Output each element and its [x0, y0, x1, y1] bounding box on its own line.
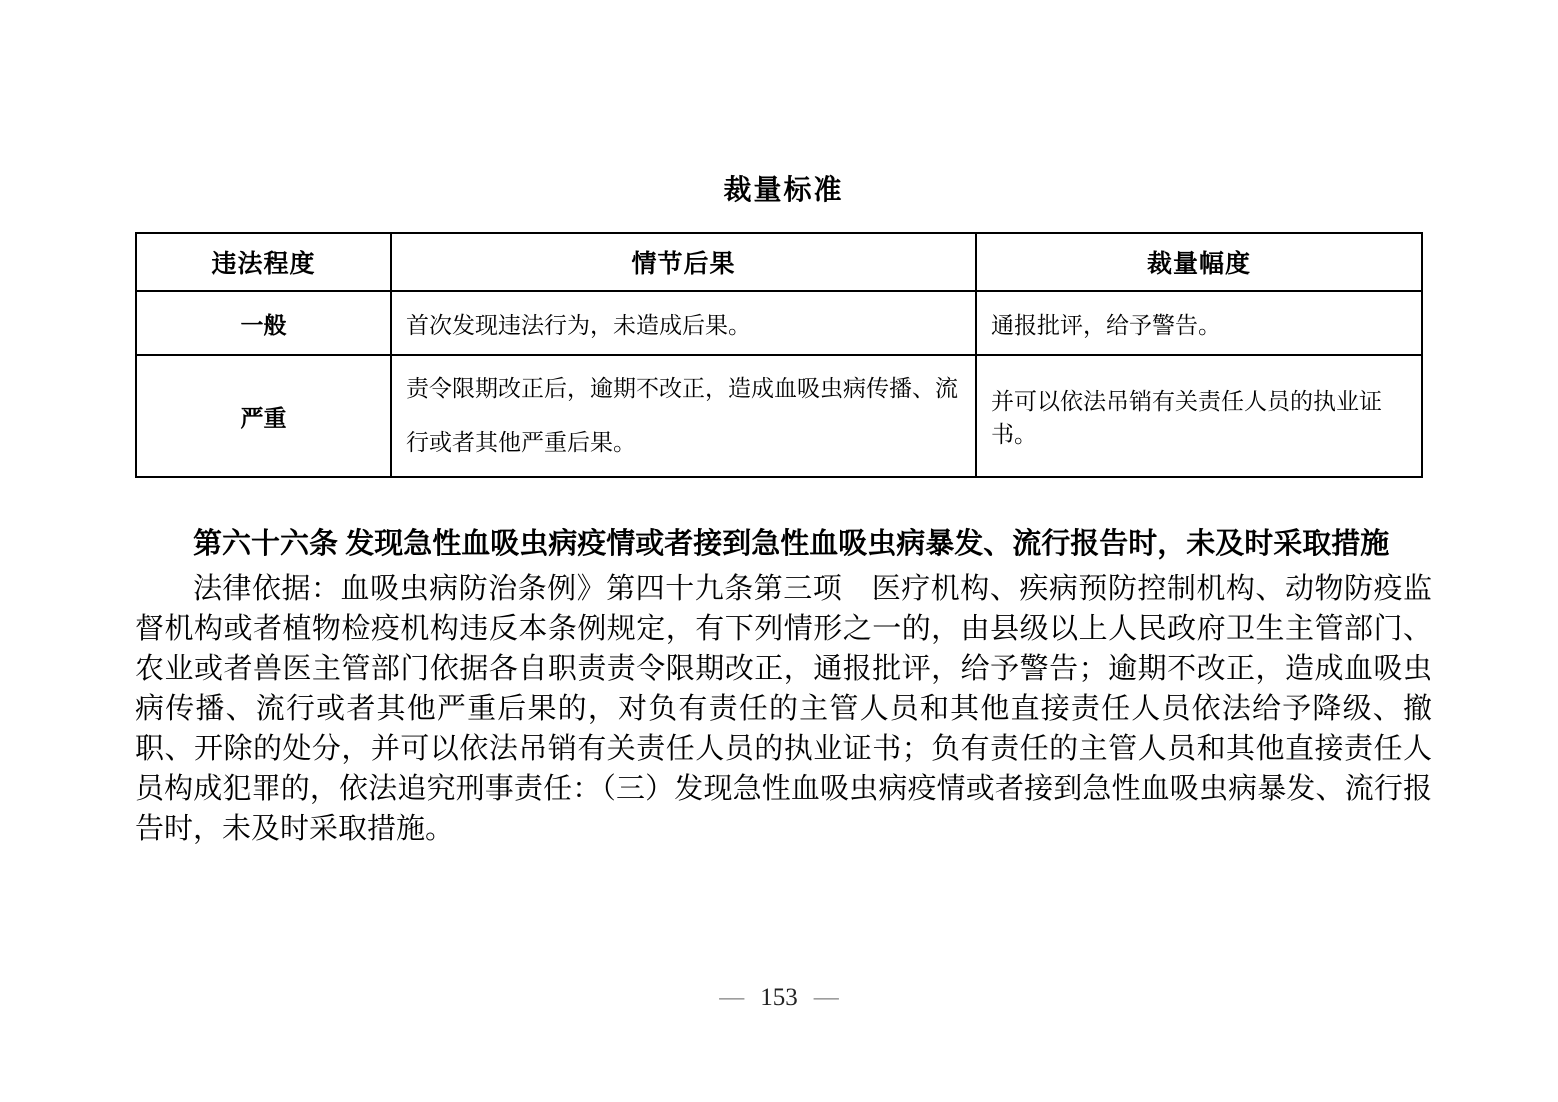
document-title: 裁量标准 [135, 168, 1432, 208]
circumstance-cell-general: 首次发现违法行为，未造成后果。 [391, 291, 976, 355]
discretion-standards-table: 违法程度 情节后果 裁量幅度 一般 首次发现违法行为，未造成后果。 通报批评，给… [135, 232, 1423, 478]
page-number: 153 [760, 984, 798, 1011]
table-row: 一般 首次发现违法行为，未造成后果。 通报批评，给予警告。 [136, 291, 1422, 355]
range-cell-severe: 并可以依法吊销有关责任人员的执业证书。 [976, 355, 1422, 477]
article-heading: 第六十六条 发现急性血吸虫病疫情或者接到急性血吸虫病暴发、流行报告时，未及时采取… [135, 524, 1432, 564]
footer-left-dash: — [719, 984, 744, 1011]
page-content: 裁量标准 违法程度 情节后果 裁量幅度 一般 首次发现违法行为，未造成后果。 通… [0, 0, 1558, 849]
footer-right-dash: — [814, 984, 839, 1011]
column-header-discretion-range: 裁量幅度 [976, 233, 1422, 291]
degree-cell-general: 一般 [136, 291, 391, 355]
table-header-row: 违法程度 情节后果 裁量幅度 [136, 233, 1422, 291]
circumstance-cell-severe: 责令限期改正后，逾期不改正，造成血吸虫病传播、流行或者其他严重后果。 [391, 355, 976, 477]
page-footer: —153— [0, 984, 1558, 1012]
document-page: 裁量标准 违法程度 情节后果 裁量幅度 一般 首次发现违法行为，未造成后果。 通… [0, 0, 1558, 1102]
range-cell-general: 通报批评，给予警告。 [976, 291, 1422, 355]
degree-cell-severe: 严重 [136, 355, 391, 477]
column-header-violation-degree: 违法程度 [136, 233, 391, 291]
article-body: 法律依据：血吸虫病防治条例》第四十九条第三项 医疗机构、疾病预防控制机构、动物防… [135, 569, 1432, 849]
column-header-circumstance-consequence: 情节后果 [391, 233, 976, 291]
article-section: 第六十六条 发现急性血吸虫病疫情或者接到急性血吸虫病暴发、流行报告时，未及时采取… [135, 524, 1432, 849]
table-row: 严重 责令限期改正后，逾期不改正，造成血吸虫病传播、流行或者其他严重后果。 并可… [136, 355, 1422, 477]
